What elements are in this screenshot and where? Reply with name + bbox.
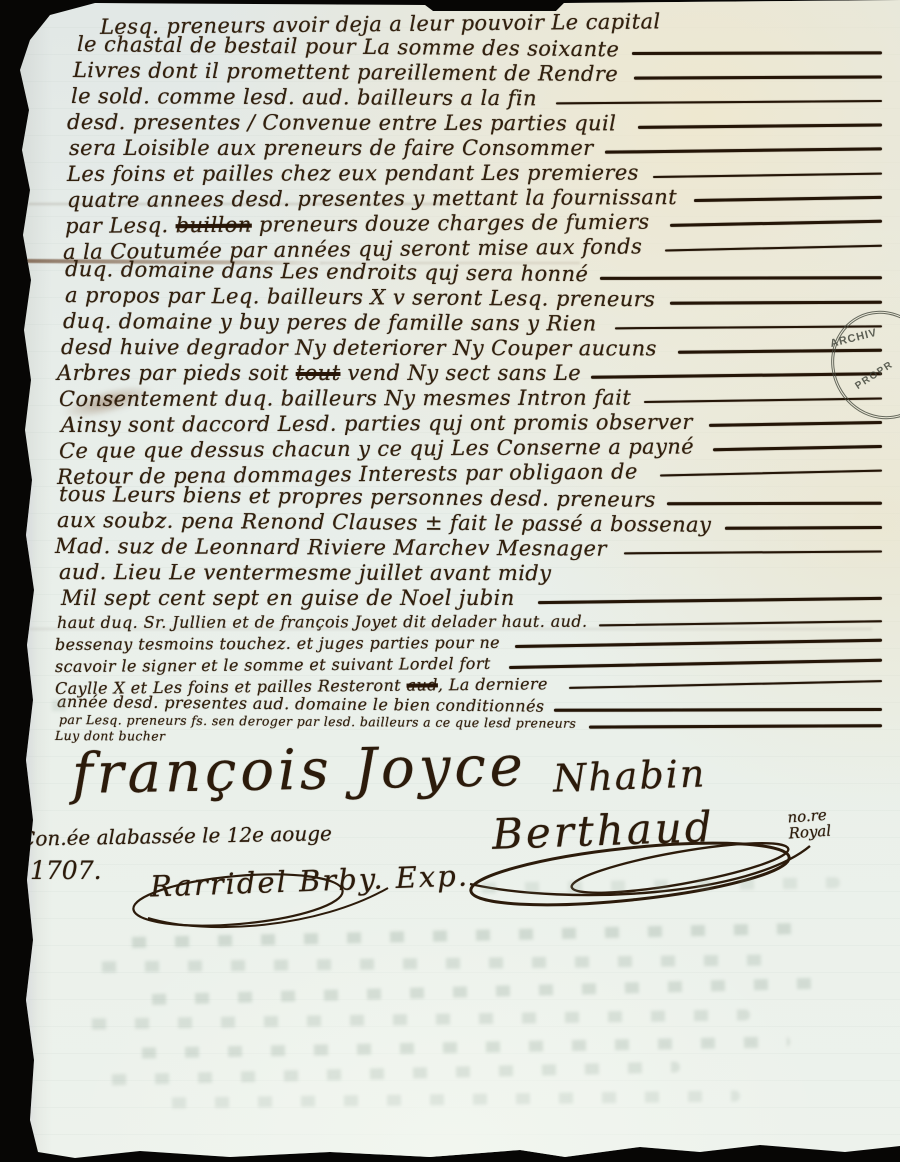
manuscript-line-text: aux soubz. pena Renond Clauses ± fait le… xyxy=(57,508,711,537)
line-filler-dash xyxy=(638,124,882,129)
signature-notary-mark: Rarridel Brby. Exp. xyxy=(150,858,470,903)
manuscript-line-text: Mad. suz de Leonnard Riviere Marchev Mes… xyxy=(55,534,607,561)
line-filler-dash xyxy=(600,276,882,279)
line-filler-dash xyxy=(670,300,882,304)
bleedthrough-line xyxy=(120,923,810,948)
manuscript-line-text: Les foins et pailles chez eux pendant Le… xyxy=(67,161,639,186)
signature-berthaud: Berthaud xyxy=(491,802,715,859)
line-filler-dash xyxy=(599,620,882,626)
line-filler-dash xyxy=(634,75,882,80)
manuscript-text: Lesq. preneurs avoir deja a leur pouvoir… xyxy=(55,10,886,745)
line-filler-dash xyxy=(725,526,882,530)
manuscript-line: aud. Lieu Le ventermesme juillet avant m… xyxy=(59,559,886,586)
signature-francois-joyce: françois Joyce xyxy=(71,734,527,807)
manuscript-line-text: haut duq. Sr. Jullien et de françois Joy… xyxy=(57,612,588,632)
notaire-label-line2: Royal xyxy=(788,823,832,842)
line-filler-dash xyxy=(665,245,882,252)
manuscript-line: duq. domaine y buy peres de famille sans… xyxy=(63,308,886,337)
manuscript-line-text: le sold. comme lesd. aud. bailleurs a la… xyxy=(71,84,537,110)
photo-background: Lesq. preneurs avoir deja a leur pouvoir… xyxy=(0,0,900,1162)
bleedthrough-line xyxy=(470,877,840,894)
bleedthrough-line xyxy=(160,1090,740,1108)
line-filler-dash xyxy=(670,219,882,227)
bleedthrough-line xyxy=(90,954,780,972)
manuscript-line: desd huive degrador Ny deteriorer Ny Cou… xyxy=(61,334,886,361)
manuscript-line-text: bessenay tesmoins touchez. et juges part… xyxy=(55,633,500,654)
line-filler-dash xyxy=(554,708,882,712)
manuscript-line-text: desd huive degrador Ny deteriorer Ny Cou… xyxy=(61,335,657,360)
edge-stain xyxy=(6,836,28,841)
manuscript-line: Arbres par pieds soit tout vend Ny sect … xyxy=(57,360,886,385)
manuscript-line: Mil sept cent sept en guise de Noel jubi… xyxy=(61,585,886,610)
manuscript-line-text: aud. Lieu Le ventermesme juillet avant m… xyxy=(59,560,552,585)
manuscript-line: desd. presentes / Convenue entre Les par… xyxy=(67,109,886,136)
manuscript-line-text: Arbres par pieds soit tout vend Ny sect … xyxy=(57,361,581,385)
manuscript-line-text: Mil sept cent sept en guise de Noel jubi… xyxy=(61,586,515,610)
line-filler-dash xyxy=(653,172,882,178)
control-annotation: Con.ée alabassée le 12e aouge xyxy=(20,821,332,850)
manuscript-line: Les foins et pailles chez eux pendant Le… xyxy=(67,159,886,186)
bleedthrough-line xyxy=(80,1009,750,1029)
line-filler-dash xyxy=(538,597,882,605)
line-filler-dash xyxy=(515,639,882,648)
manuscript-line-text: Ainsy sont daccord Lesd. parties quj ont… xyxy=(61,410,693,437)
manuscript-line: Mad. suz de Leonnard Riviere Marchev Mes… xyxy=(55,533,886,562)
manuscript-line: haut duq. Sr. Jullien et de françois Joy… xyxy=(57,609,886,632)
manuscript-line: sera Loisible aux preneurs de faire Cons… xyxy=(69,135,886,160)
manuscript-line-text: duq. domaine y buy peres de famille sans… xyxy=(63,309,597,336)
line-filler-dash xyxy=(569,680,882,689)
line-filler-dash xyxy=(713,445,882,452)
manuscript-line-text: quatre annees desd. presentes y mettant … xyxy=(67,185,677,212)
line-filler-dash xyxy=(509,658,882,669)
line-filler-dash xyxy=(694,196,882,202)
control-year: 1707. xyxy=(30,856,102,885)
bleedthrough-line xyxy=(130,1036,790,1059)
signature-nhabin: Nhabin xyxy=(552,751,707,800)
manuscript-line-text: desd. presentes / Convenue entre Les par… xyxy=(67,110,616,135)
manuscript-line: Consentement duq. bailleurs Ny mesmes In… xyxy=(59,384,886,411)
line-filler-dash xyxy=(632,52,882,55)
line-filler-dash xyxy=(660,469,882,476)
bleedthrough-line xyxy=(100,1061,680,1085)
manuscript-line-text: sera Loisible aux preneurs de faire Cons… xyxy=(69,136,594,160)
manuscript-page: Lesq. preneurs avoir deja a leur pouvoir… xyxy=(0,0,900,1162)
line-filler-dash xyxy=(556,100,882,105)
line-filler-dash xyxy=(605,147,882,154)
line-filler-dash xyxy=(624,550,882,554)
page-edge-highlight xyxy=(20,470,36,1144)
bleedthrough-line xyxy=(40,700,70,711)
line-filler-dash xyxy=(709,421,882,427)
manuscript-line-text: Consentement duq. bailleurs Ny mesmes In… xyxy=(59,386,631,411)
archive-stamp-bottom-text: PROPR xyxy=(853,359,895,392)
manuscript-line-text: a propos par Leq. bailleurs X v seront L… xyxy=(65,283,655,311)
manuscript-line-text: Livres dont il promettent pareillement d… xyxy=(73,58,618,86)
bleedthrough-line xyxy=(140,978,820,1006)
line-filler-dash xyxy=(667,502,882,505)
notaire-royal-label: no.re Royal xyxy=(787,807,832,842)
line-filler-dash xyxy=(589,724,882,729)
signature-row: françois Joyce Nhabin xyxy=(72,738,884,803)
manuscript-line: le sold. comme lesd. aud. bailleurs a la… xyxy=(71,83,886,112)
